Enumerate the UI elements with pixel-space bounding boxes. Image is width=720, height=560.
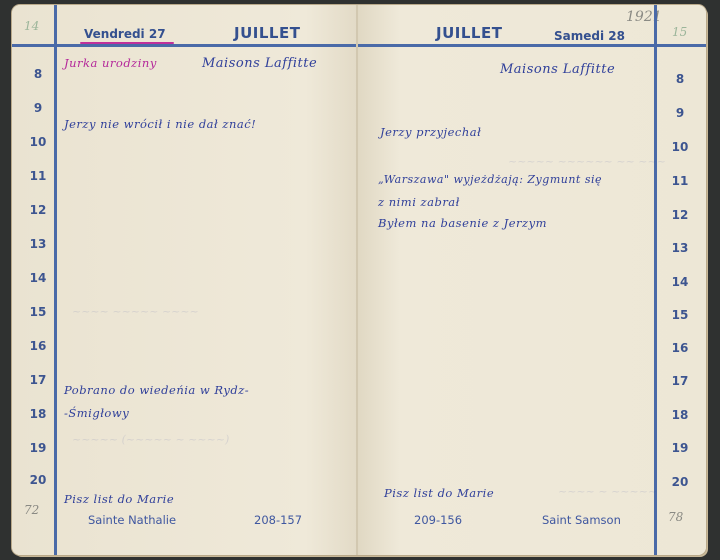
page-mark: 72: [24, 503, 39, 517]
handwritten-entry: „Warszawa" wyjeżdżają: Zygmunt się: [378, 173, 602, 186]
handwritten-entry: Pobrano do wiedeńia w Rydz-: [64, 383, 249, 397]
hour-label: 20: [24, 473, 52, 487]
hour-label: 17: [24, 373, 52, 387]
day-count: 208-157: [254, 513, 302, 527]
handwritten-entry: Maisons Laffitte: [202, 56, 317, 71]
page-mark: 78: [668, 510, 683, 524]
hour-label: 14: [24, 271, 52, 285]
hour-label: 10: [666, 140, 694, 154]
hour-label: 19: [666, 441, 694, 455]
hour-label: 8: [666, 72, 694, 86]
right-page: JUILLET Samedi 28 1921 15 8 9 10 11 12 1…: [358, 5, 706, 555]
bleed-through-text: ~~~~~ ~~~~~~ ~~ ~~~: [508, 155, 666, 168]
hour-label: 20: [666, 475, 694, 489]
corner-mark: 14: [24, 19, 39, 33]
hour-label: 12: [666, 208, 694, 222]
handwritten-entry: Jerzy przyjechał: [380, 125, 481, 139]
handwritten-entry: Pisz list do Marie: [384, 486, 494, 500]
day-label: Vendredi 27: [84, 27, 166, 41]
handwritten-entry: Pisz list do Marie: [64, 492, 174, 506]
hour-label: 13: [24, 237, 52, 251]
hour-label: 9: [666, 106, 694, 120]
bleed-through-text: ~~~~~ (~~~~~ ~ ~~~~): [72, 433, 229, 446]
hour-label: 19: [24, 441, 52, 455]
saint-name: Saint Samson: [542, 513, 621, 527]
hour-label: 18: [666, 408, 694, 422]
saint-name: Sainte Nathalie: [88, 513, 176, 527]
hour-margin-line: [654, 5, 657, 555]
left-page: 14 Vendredi 27 JUILLET 8 9 10 11 12 13 1…: [12, 5, 358, 555]
month-title: JUILLET: [234, 24, 300, 42]
hour-label: 13: [666, 241, 694, 255]
hour-label: 8: [24, 67, 52, 81]
handwritten-entry: -Śmigłowy: [64, 406, 129, 420]
header-rule: [12, 44, 358, 47]
hour-label: 14: [666, 275, 694, 289]
hour-label: 12: [24, 203, 52, 217]
hour-label: 17: [666, 374, 694, 388]
diary-spread: 14 Vendredi 27 JUILLET 8 9 10 11 12 13 1…: [12, 5, 706, 555]
day-label: Samedi 28: [554, 29, 625, 43]
day-count: 209-156: [414, 513, 462, 527]
bleed-through-text: ~~~~ ~~~~~ ~~~~: [72, 305, 199, 318]
hour-label: 15: [666, 308, 694, 322]
hour-label: 11: [24, 169, 52, 183]
handwritten-entry: Maisons Laffitte: [500, 62, 615, 77]
handwritten-entry: Jerzy nie wrócił i nie dał znać!: [64, 117, 256, 131]
handwritten-entry: Jurka urodziny: [64, 56, 157, 70]
handwritten-entry: z nimi zabrał: [378, 195, 460, 209]
hour-label: 10: [24, 135, 52, 149]
hour-label: 16: [666, 341, 694, 355]
hour-label: 9: [24, 101, 52, 115]
hour-label: 16: [24, 339, 52, 353]
hour-label: 11: [666, 174, 694, 188]
hour-label: 18: [24, 407, 52, 421]
month-title: JUILLET: [436, 24, 502, 42]
bleed-through-text: ~~~~ ~ ~~~~~: [558, 485, 657, 498]
handwritten-entry: Byłem na basenie z Jerzym: [378, 216, 547, 230]
hour-label: 15: [24, 305, 52, 319]
hour-margin-line: [54, 5, 57, 555]
corner-mark: 15: [672, 25, 687, 39]
